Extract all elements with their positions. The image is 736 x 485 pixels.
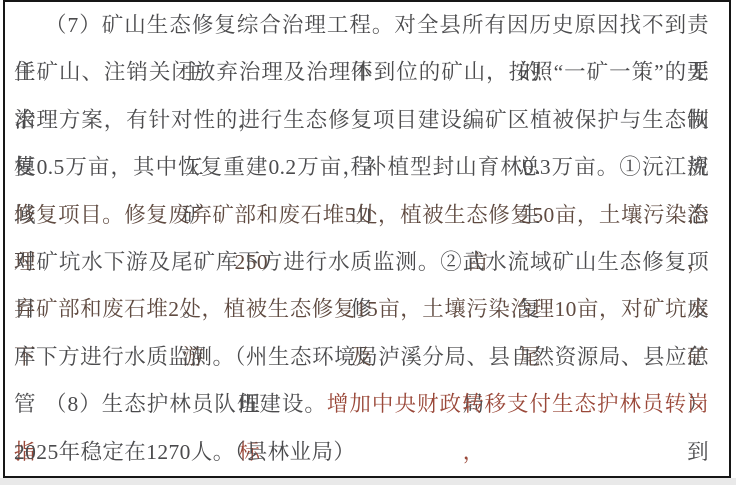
text-line: 治理方案，有针对性的进行生态修复项目建设。矿区植被保护与生态恢复工程总规 — [14, 97, 709, 144]
text-line: 弃矿部和废石堆2处，植被生态修复15亩，土壤污染治理10亩，对矿坑水下游及尾矿 — [14, 286, 709, 333]
text-line: 修复项目。修复废弃矿部和废石堆5处，植被生态修复50亩，土壤污染治理250亩， — [14, 192, 709, 239]
text-line: 主矿山、注销关闭放弃治理及治理不到位的矿山，按照“一矿一策”的要求，编制 — [14, 49, 709, 96]
page-border-frame: （7）矿山生态修复综合治理工程。对全县所有因历史原因找不到责任主体的无主矿山、注… — [3, 0, 731, 478]
document-lines: （7）矿山生态修复综合治理工程。对全县所有因历史原因找不到责任主体的无主矿山、注… — [14, 2, 709, 476]
text-line: （8）生态护林员队伍建设。增加中央财政转移支付生态护林员转岗指标，到 — [14, 381, 709, 428]
text-line: 对矿坑水下游及尾矿库下方进行水质监测。②武水流域矿山生态修复项目。修复废 — [14, 239, 709, 286]
scanned-document-image: （7）矿山生态修复综合治理工程。对全县所有因历史原因找不到责任主体的无主矿山、注… — [0, 0, 736, 485]
scan-bottom-margin — [0, 478, 736, 485]
text-line: （7）矿山生态修复综合治理工程。对全县所有因历史原因找不到责任主体的无 — [14, 2, 709, 49]
text-segment: 到 — [687, 440, 709, 464]
text-line: 库下方进行水质监测。（州生态环境局泸溪分局、县自然资源局、县应急管理局） — [14, 334, 709, 381]
text-segment: （8）生态护林员队伍建设。 — [45, 392, 327, 416]
text-line: 模0.5万亩，其中恢复重建0.2万亩，补植型封山育林0.3万亩。①沅江流域矿山生… — [14, 144, 709, 191]
text-segment: 2025年稳定在1270人。（县林业局） — [14, 440, 355, 464]
